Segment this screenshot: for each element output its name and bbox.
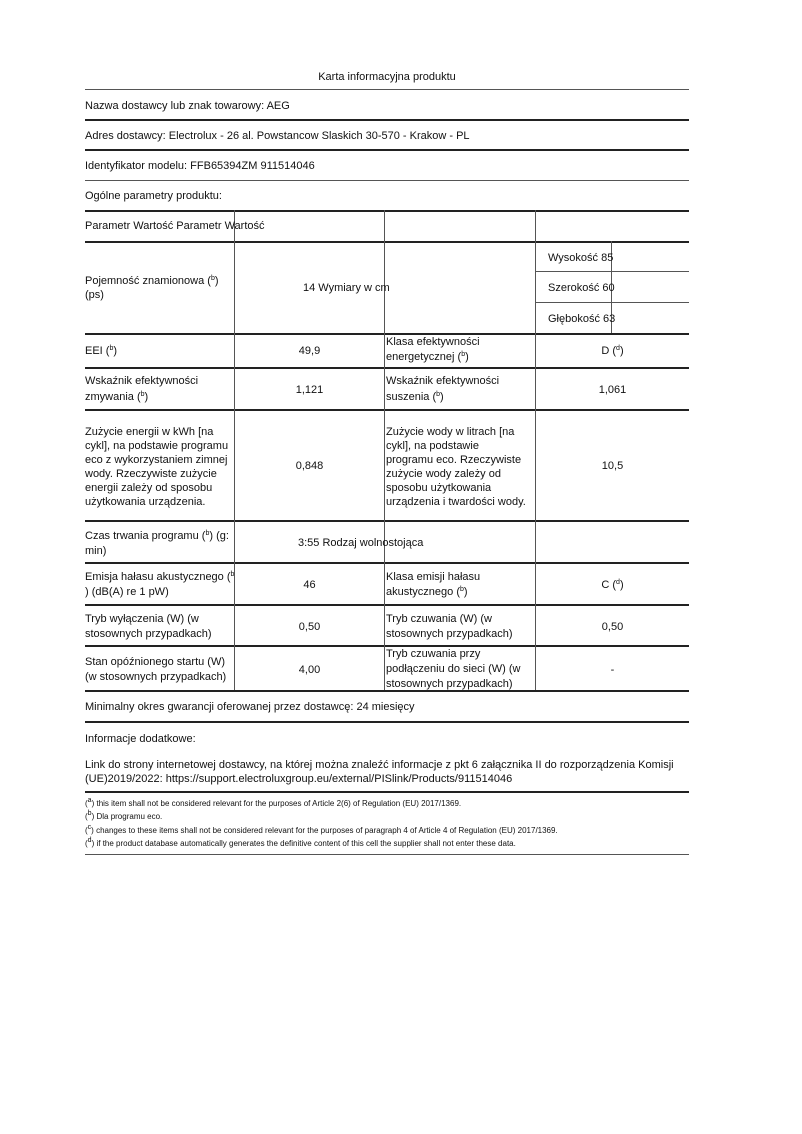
networked-standby-label-2: podłączeniu do sieci (W) (w: [386, 662, 521, 676]
divider: [85, 119, 689, 121]
noise-value: 46: [235, 578, 384, 592]
table-rule: [535, 271, 689, 272]
label-line: Zużycie energii w kWh [na: [85, 425, 228, 439]
divider: [85, 89, 689, 90]
delay-start-label-2: (w stosownych przypadkach): [85, 670, 226, 684]
off-mode-label-1: Tryb wyłączenia (W) (w: [85, 612, 199, 626]
energy-class-label-2: energetycznej (b): [386, 350, 469, 364]
duration-value: 3:55 Rodzaj wolnostojąca: [298, 536, 423, 550]
energy-consumption-value: 0,848: [235, 459, 384, 473]
column-rule: [535, 210, 536, 690]
model-identifier: Identyfikator modelu: FFB65394ZM 9115140…: [85, 159, 315, 173]
drying-index-value: 1,061: [536, 383, 689, 397]
footnote-a: (a) this item shall not be considered re…: [85, 799, 461, 809]
eei-label: EEI (b): [85, 344, 117, 358]
energy-class-value: D (d): [536, 344, 689, 358]
networked-standby-label-1: Tryb czuwania przy: [386, 647, 480, 661]
table-rule: [85, 562, 689, 564]
label-line: energii zależy od sposobu: [85, 481, 228, 495]
noise-label-2: ) (dB(A) re 1 pW): [85, 585, 169, 599]
label-line: programu eco. Rzeczywiste: [386, 453, 526, 467]
table-rule: [85, 241, 689, 243]
capacity-unit: (ps): [85, 288, 104, 302]
divider: [85, 180, 689, 181]
label-line: zużycie wody zależy od: [386, 467, 526, 481]
table-rule: [85, 367, 689, 369]
table-rule: [85, 520, 689, 522]
divider: [85, 721, 689, 723]
standby-label-1: Tryb czuwania (W) (w: [386, 612, 492, 626]
label-line: eco z wykorzystaniem zimnej: [85, 453, 228, 467]
cleaning-index-value: 1,121: [235, 383, 384, 397]
table-header: Parametr Wartość Parametr Wartość: [85, 219, 265, 233]
water-consumption-label: Zużycie wody w litrach [na cykl], na pod…: [386, 425, 526, 509]
eei-value: 49,9: [235, 344, 384, 358]
water-consumption-value: 10,5: [536, 459, 689, 473]
drying-index-label-1: Wskaźnik efektywności: [386, 374, 499, 388]
capacity-value: 14 Wymiary w cm: [303, 281, 390, 295]
delay-start-value: 4,00: [235, 663, 384, 677]
energy-consumption-label: Zużycie energii w kWh [na cykl], na pods…: [85, 425, 228, 509]
dimension-height: Wysokość 85: [548, 251, 613, 265]
noise-class-value: C (d): [536, 578, 689, 592]
networked-standby-value: -: [536, 663, 689, 677]
delay-start-label-1: Stan opóźnionego startu (W): [85, 655, 225, 669]
table-rule: [85, 604, 689, 606]
product-information-sheet: Karta informacyjna produktu Nazwa dostaw…: [85, 0, 689, 1134]
footnote-c: (c) changes to these items shall not be …: [85, 826, 558, 836]
table-rule: [85, 210, 689, 212]
divider: [85, 791, 689, 793]
standby-value: 0,50: [536, 620, 689, 634]
supplier-link-text-1: Link do strony internetowej dostawcy, na…: [85, 758, 674, 772]
cleaning-index-label-2: zmywania (b): [85, 390, 148, 404]
label-line: wody. Rzeczywiste zużycie: [85, 467, 228, 481]
off-mode-label-2: stosownych przypadkach): [85, 627, 212, 641]
column-rule: [234, 210, 235, 690]
label-line: urządzenia i twardości wody.: [386, 495, 526, 509]
document-title: Karta informacyjna produktu: [85, 71, 689, 83]
energy-class-label-1: Klasa efektywności: [386, 335, 480, 349]
supplier-address: Adres dostawcy: Electrolux - 26 al. Pows…: [85, 129, 470, 143]
dimension-width: Szerokość 60: [548, 281, 615, 295]
table-rule: [85, 409, 689, 411]
divider: [85, 854, 689, 855]
standby-label-2: stosownych przypadkach): [386, 627, 513, 641]
supplier-link-text-2[interactable]: (UE)2019/2022: https://support.electrolu…: [85, 772, 512, 786]
noise-label-1: Emisja hałasu akustycznego (b: [85, 570, 234, 584]
duration-label-2: min): [85, 544, 106, 558]
label-line: użytkowania urządzenia.: [85, 495, 228, 509]
table-rule: [535, 302, 689, 303]
label-line: cykl], na podstawie programu: [85, 439, 228, 453]
off-mode-value: 0,50: [235, 620, 384, 634]
warranty-period: Minimalny okres gwarancji oferowanej prz…: [85, 700, 415, 714]
label-line: Zużycie wody w litrach [na: [386, 425, 526, 439]
drying-index-label-2: suszenia (b): [386, 390, 444, 404]
supplier-name: Nazwa dostawcy lub znak towarowy: AEG: [85, 99, 290, 113]
label-line: sposobu użytkowania: [386, 481, 526, 495]
dimension-depth: Głębokość 63: [548, 312, 615, 326]
label-line: cykl], na podstawie: [386, 439, 526, 453]
noise-class-label-2: akustycznego (b): [386, 585, 468, 599]
divider: [85, 149, 689, 151]
footnote-b: (b) Dla programu eco.: [85, 812, 162, 822]
noise-class-label-1: Klasa emisji hałasu: [386, 570, 480, 584]
cleaning-index-label-1: Wskaźnik efektywności: [85, 374, 198, 388]
general-params-heading: Ogólne parametry produktu:: [85, 189, 222, 203]
footnote-d: (d) if the product database automaticall…: [85, 839, 516, 849]
duration-label-1: Czas trwania programu (b) (g:: [85, 529, 229, 543]
capacity-label: Pojemność znamionowa (b): [85, 274, 219, 288]
additional-info-heading: Informacje dodatkowe:: [85, 732, 196, 746]
networked-standby-label-3: stosownych przypadkach): [386, 677, 513, 691]
